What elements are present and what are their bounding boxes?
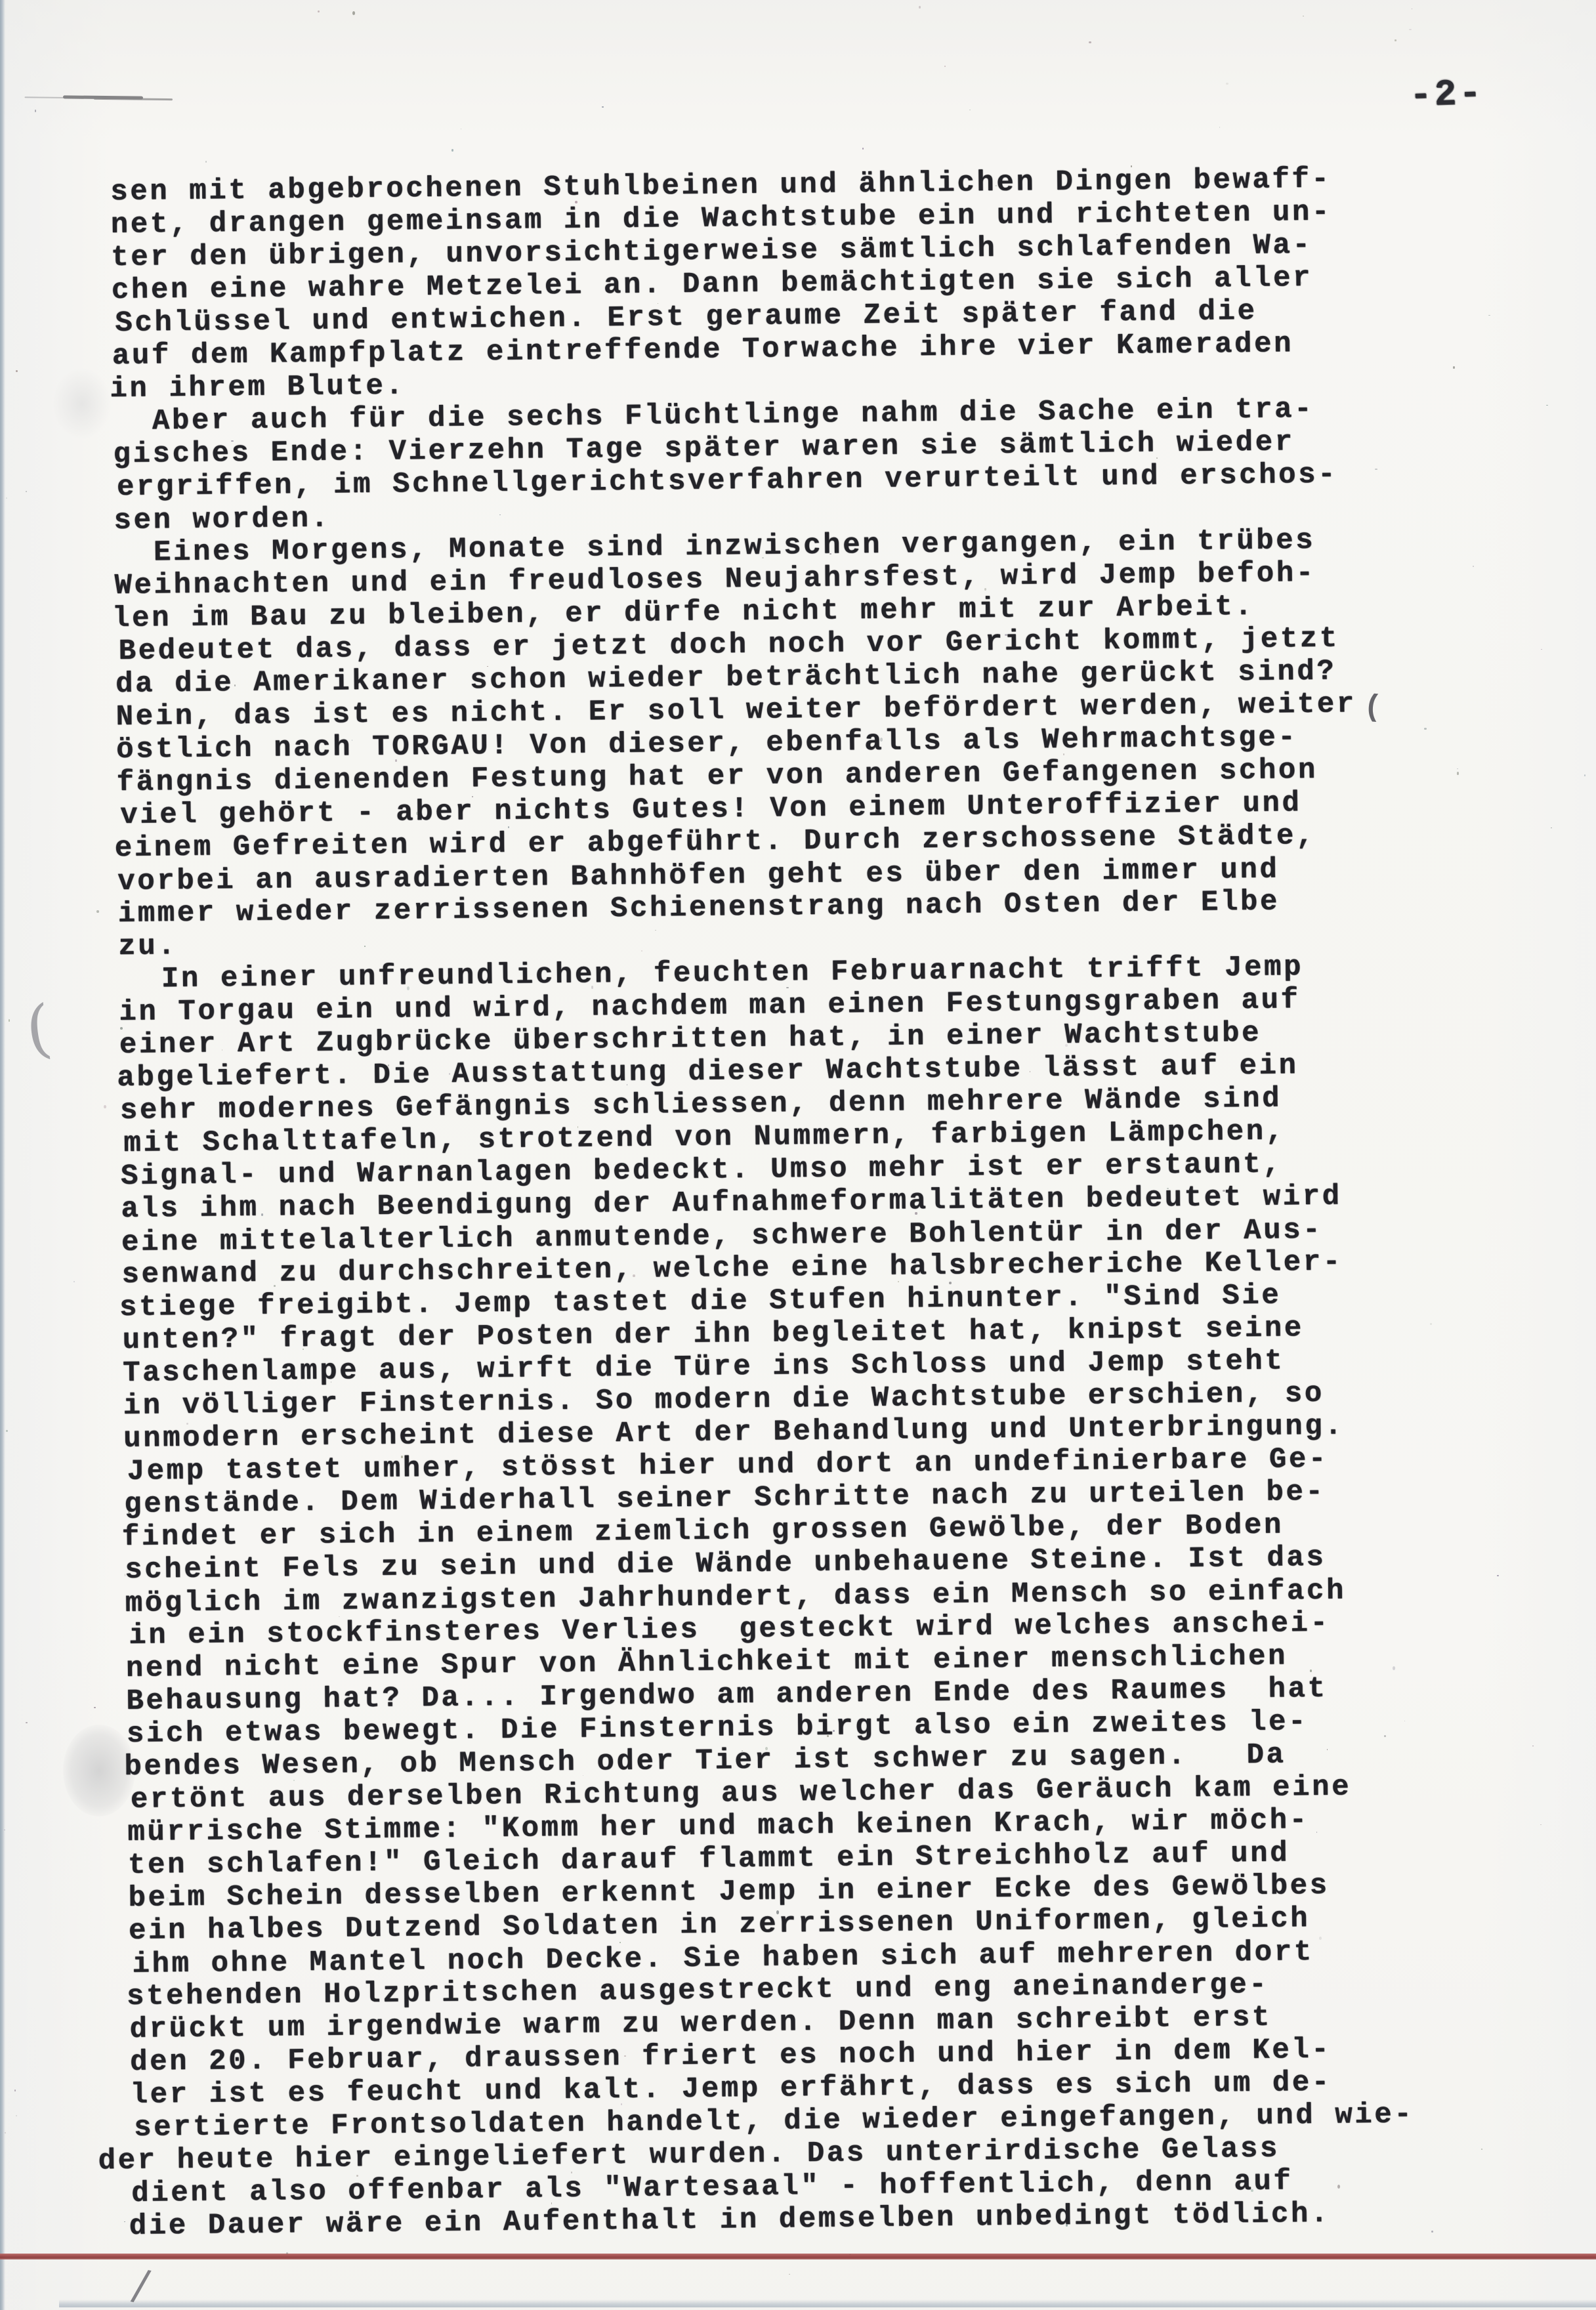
paper-speckle	[322, 392, 322, 394]
paper-speckle	[1584, 774, 1585, 776]
paper-speckle	[591, 986, 593, 989]
paper-speckle	[1226, 83, 1228, 85]
paper-speckle	[166, 1897, 169, 1901]
paper-speckle	[16, 370, 18, 372]
paper-speckle	[1089, 41, 1091, 43]
paper-speckle	[1066, 2224, 1068, 2227]
paper-speckle	[830, 1631, 832, 1633]
paper-speckle	[395, 759, 397, 762]
paper-speckle	[915, 1212, 917, 1215]
paper-speckle	[26, 1722, 28, 1723]
paper-speckle	[691, 864, 692, 865]
paper-speckle	[94, 1707, 96, 1708]
paper-speckle	[449, 1073, 450, 1075]
paper-speckle	[1431, 2231, 1433, 2233]
pencil-mark-paren: (	[22, 991, 55, 1067]
paper-speckle	[412, 1165, 414, 1167]
paper-speckle	[451, 149, 453, 152]
paper-speckle	[316, 1600, 317, 1601]
paper-speckle	[862, 148, 864, 150]
paper-speckle	[814, 222, 816, 225]
paper-speckle	[621, 2103, 623, 2105]
paper-speckle	[186, 1423, 188, 1425]
paper-speckle	[624, 2055, 626, 2057]
paper-speckle	[602, 106, 604, 108]
paper-speckle	[124, 1574, 126, 1576]
stray-paren-mark: (	[1362, 690, 1383, 725]
paper-speckle	[6, 497, 7, 499]
paper-speckle	[1551, 828, 1552, 828]
scanner-edge-bottom	[59, 2299, 1596, 2307]
paper-speckle	[1100, 1840, 1102, 1843]
hole-punch-smudge-faint	[52, 367, 112, 440]
paper-speckle	[205, 161, 207, 162]
paper-speckle	[1541, 649, 1542, 650]
scanner-edge-left	[0, 0, 5, 2310]
paper-speckle	[1140, 201, 1142, 203]
paper-speckle	[1395, 39, 1396, 41]
paper-speckle	[1453, 366, 1455, 369]
paper-speckle	[1120, 698, 1121, 699]
paper-speckle	[1137, 2075, 1139, 2076]
paper-speckle	[1409, 29, 1412, 30]
paper-speckle	[1327, 1749, 1328, 1750]
paper-speckle	[234, 684, 236, 686]
paper-speckle	[633, 1274, 635, 1277]
paper-speckle	[14, 2089, 16, 2091]
paper-speckle	[1481, 2149, 1482, 2150]
typewritten-text-block: sen mit abgebrochenen Stuhlbeinen und äh…	[110, 163, 1415, 2243]
paper-speckle	[776, 1910, 779, 1914]
paper-speckle	[5, 2132, 7, 2134]
paper-speckle	[331, 1381, 331, 1383]
scanned-document-page: -2- sen mit abgebrochenen Stuhlbeinen un…	[0, 0, 1596, 2310]
paper-speckle	[303, 1349, 304, 1350]
paper-speckle	[4, 1830, 5, 1831]
paper-speckle	[1219, 127, 1220, 128]
paper-speckle	[222, 1049, 223, 1051]
paper-speckle	[1540, 1824, 1542, 1825]
paper-speckle	[1488, 315, 1490, 316]
paper-speckle	[264, 679, 266, 681]
paper-speckle	[1497, 1575, 1498, 1576]
paper-speckle	[104, 1105, 106, 1108]
paper-speckle	[463, 1306, 463, 1307]
paper-speckle	[944, 66, 946, 67]
paper-speckle	[908, 577, 909, 579]
paper-speckle	[416, 812, 418, 815]
paper-speckle	[919, 6, 921, 9]
paper-speckle	[96, 910, 99, 913]
paper-speckle	[9, 1019, 10, 1022]
paper-speckle	[238, 2231, 239, 2233]
page-number: -2-	[1409, 72, 1484, 117]
paper-speckle	[407, 986, 409, 990]
paper-speckle	[1457, 772, 1459, 775]
paper-speckle	[1546, 405, 1548, 406]
red-underline-rule	[0, 2254, 1596, 2259]
paper-speckle	[773, 1784, 776, 1788]
paper-speckle	[1167, 1188, 1169, 1189]
paper-speckle	[1030, 1071, 1030, 1072]
paper-speckle	[352, 11, 355, 15]
paper-speckle	[1065, 1044, 1067, 1047]
paper-speckle	[16, 2115, 17, 2116]
paper-speckle	[789, 2274, 790, 2275]
paper-speckle	[318, 10, 320, 12]
paper-speckle	[364, 946, 366, 946]
paper-speckle	[286, 2252, 288, 2254]
paper-speckle	[472, 796, 473, 797]
paper-speckle	[6, 1430, 8, 1432]
paper-speckle	[461, 129, 461, 129]
paper-speckle	[1424, 728, 1426, 730]
paper-speckle	[1303, 16, 1304, 16]
paper-speckle	[1457, 768, 1458, 769]
paper-speckle	[761, 1039, 762, 1040]
paper-speckle	[1063, 753, 1064, 755]
paper-speckle	[293, 1780, 294, 1780]
paper-speckle	[274, 1285, 276, 1287]
paper-speckle	[921, 572, 923, 574]
paper-speckle	[264, 1463, 264, 1463]
paper-speckle	[880, 738, 883, 741]
paper-speckle	[1295, 1420, 1296, 1421]
paper-speckle	[35, 110, 37, 112]
paper-speckle	[128, 1511, 129, 1513]
paper-speckle	[73, 1281, 75, 1283]
paper-speckle	[476, 476, 478, 478]
paper-speckle	[1384, 1735, 1386, 1737]
paper-speckle	[1375, 469, 1377, 471]
paper-speckle	[1251, 2189, 1253, 2192]
paper-speckle	[730, 577, 731, 578]
paper-speckle	[1223, 1190, 1225, 1192]
paper-speckle	[1005, 634, 1007, 636]
paper-speckle	[26, 491, 27, 492]
paper-speckle	[898, 1281, 899, 1282]
paper-speckle	[1473, 566, 1475, 566]
paper-speckle	[969, 110, 971, 111]
paper-speckle	[786, 1429, 788, 1430]
paper-speckle	[829, 553, 831, 555]
paper-speckle	[1412, 9, 1412, 9]
paper-speckle	[1532, 1746, 1534, 1746]
paper-speckle	[339, 1616, 340, 1617]
paper-speckle	[575, 201, 577, 203]
ink-smudge-top-left	[63, 95, 143, 99]
paper-speckle	[765, 1747, 768, 1750]
paper-speckle	[1430, 1323, 1432, 1326]
paper-speckle	[622, 1163, 624, 1164]
paper-speckle	[196, 1702, 198, 1702]
paper-speckle	[209, 1921, 209, 1921]
paper-speckle	[786, 987, 789, 988]
paper-speckle	[827, 1735, 828, 1737]
paper-speckle	[1319, 1937, 1322, 1940]
paper-speckle	[1299, 282, 1302, 285]
paper-speckle	[124, 2221, 125, 2222]
paper-speckle	[995, 185, 997, 186]
